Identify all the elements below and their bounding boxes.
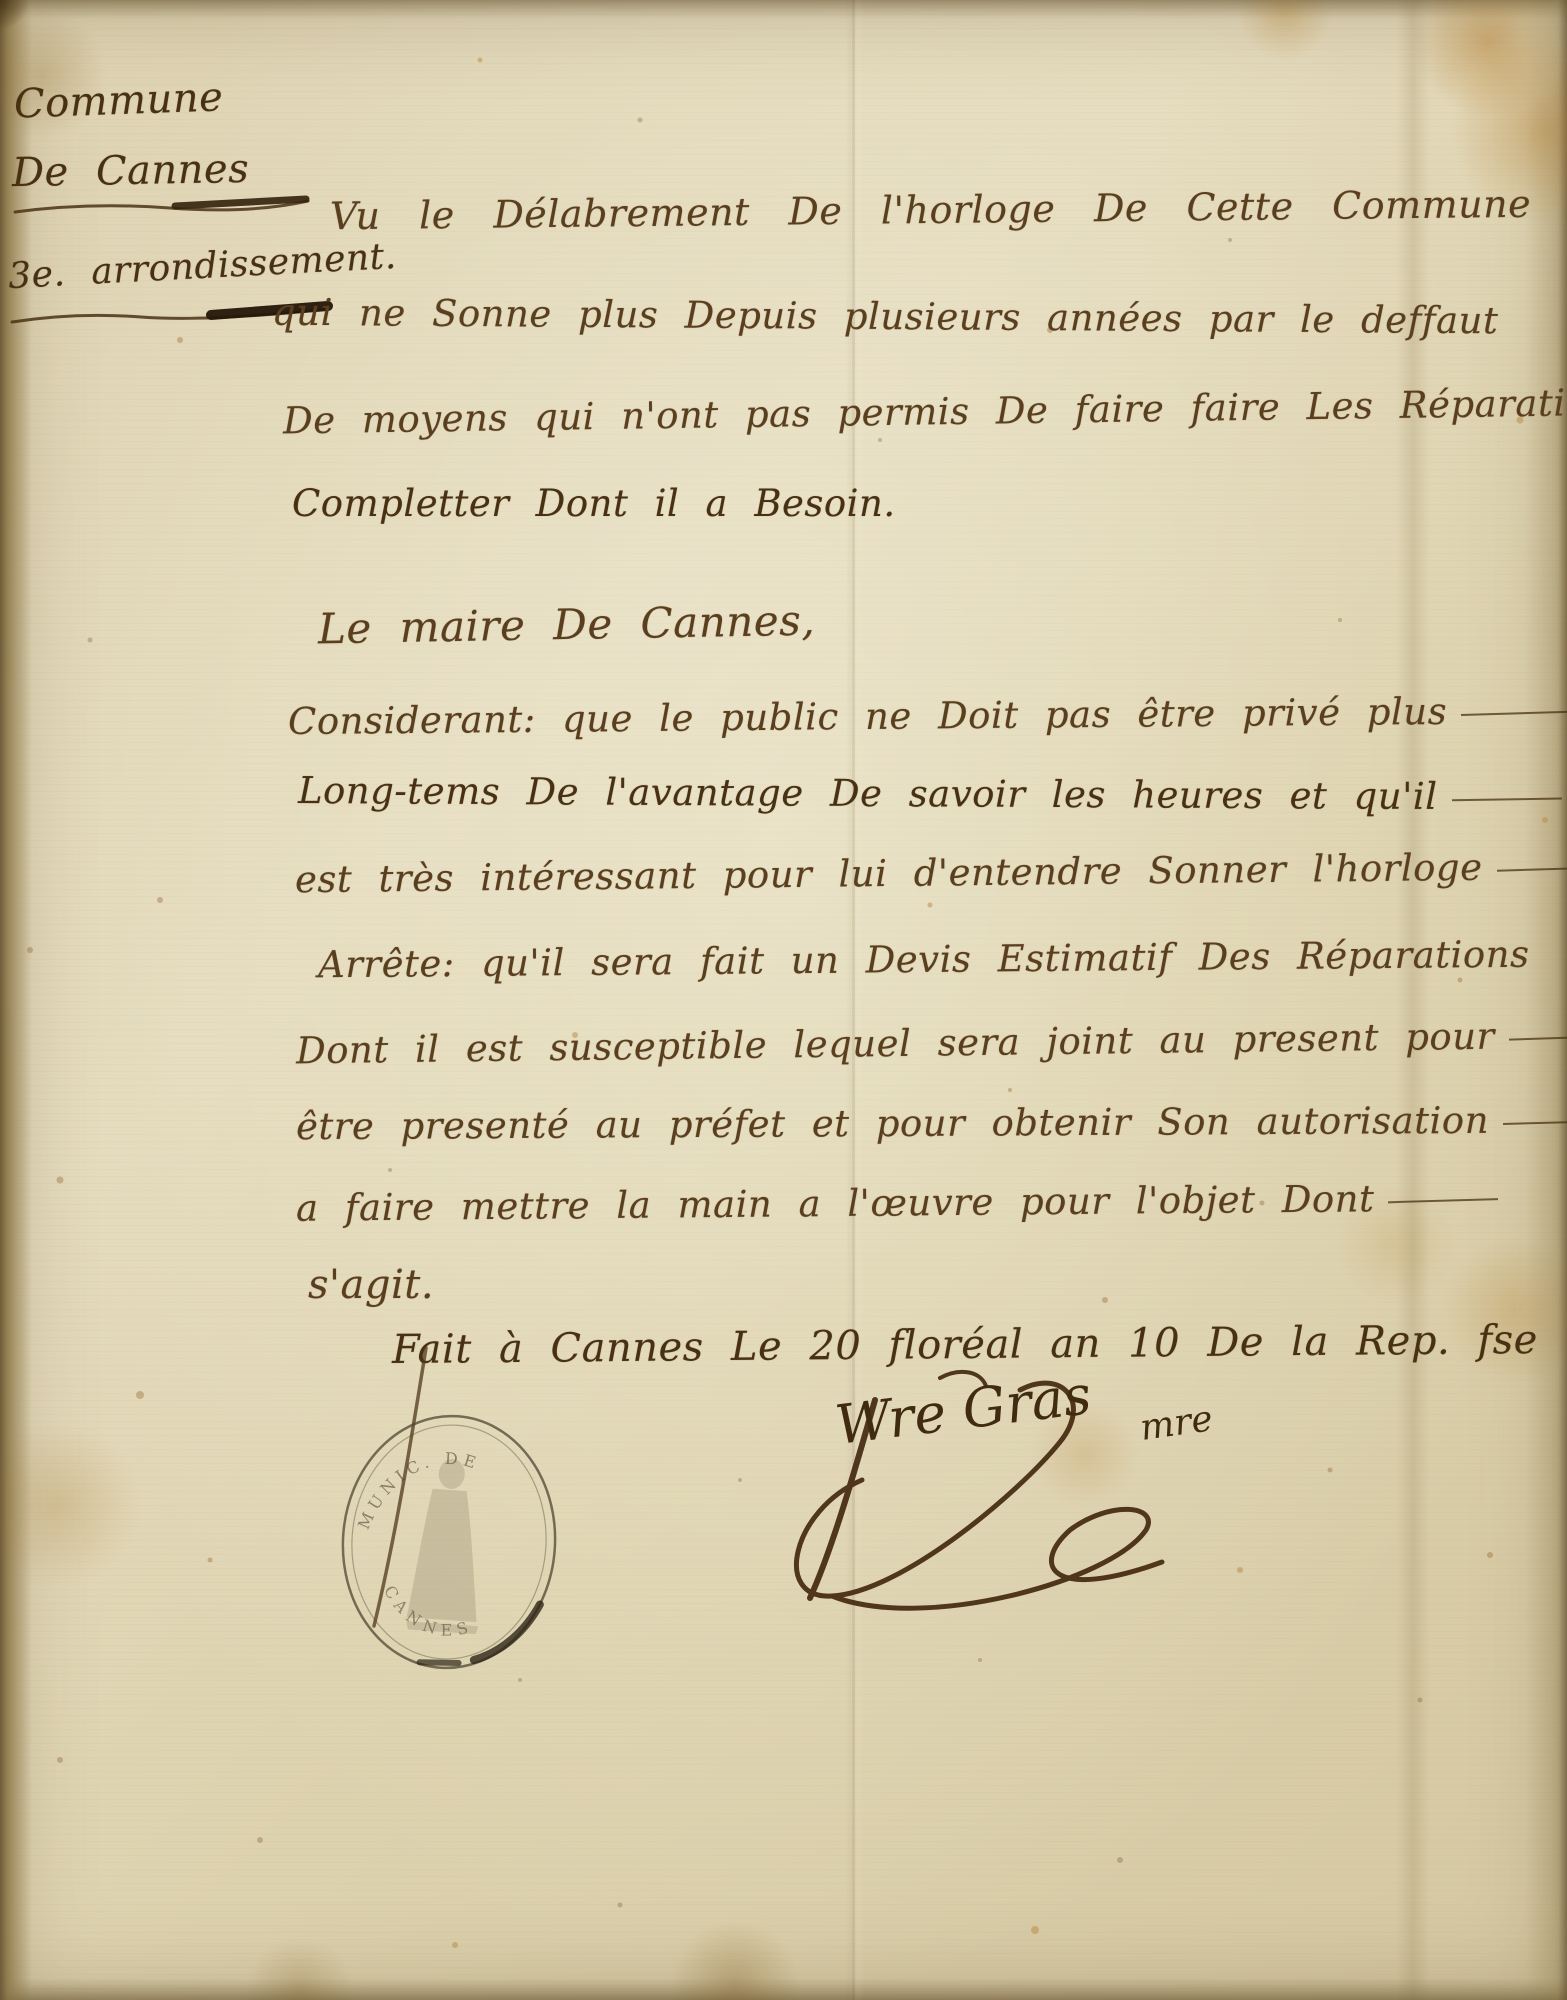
body-line-2: qui ne Sonne plus Depuis plusieurs année… (272, 291, 1499, 343)
body-line-12: s'agit. (308, 1262, 434, 1308)
municipal-seal-stamp: MUNIC. DE CANNES (332, 1402, 568, 1686)
margin-underline-flourish-1 (10, 188, 320, 228)
body-line-10: être presenté au préfet et pour obtenir … (296, 1099, 1489, 1148)
salutation-line: Le maire De Cannes, (318, 596, 816, 654)
margin-commune-label: Commune (13, 74, 224, 127)
body-line-4: Completter Dont il a Besoin. (292, 482, 896, 525)
body-line-6: Long-tems De l'avantage De savoir les he… (298, 769, 1438, 818)
manuscript-scan: Commune De Cannes 3e. arrondissement. Vu… (0, 0, 1567, 2000)
signature-suffix-text: mre (1138, 1398, 1216, 1449)
mayor-signature-flourish: Wre Gras mre (690, 1360, 1230, 1650)
signature-name-text: Wre Gras (832, 1363, 1095, 1457)
